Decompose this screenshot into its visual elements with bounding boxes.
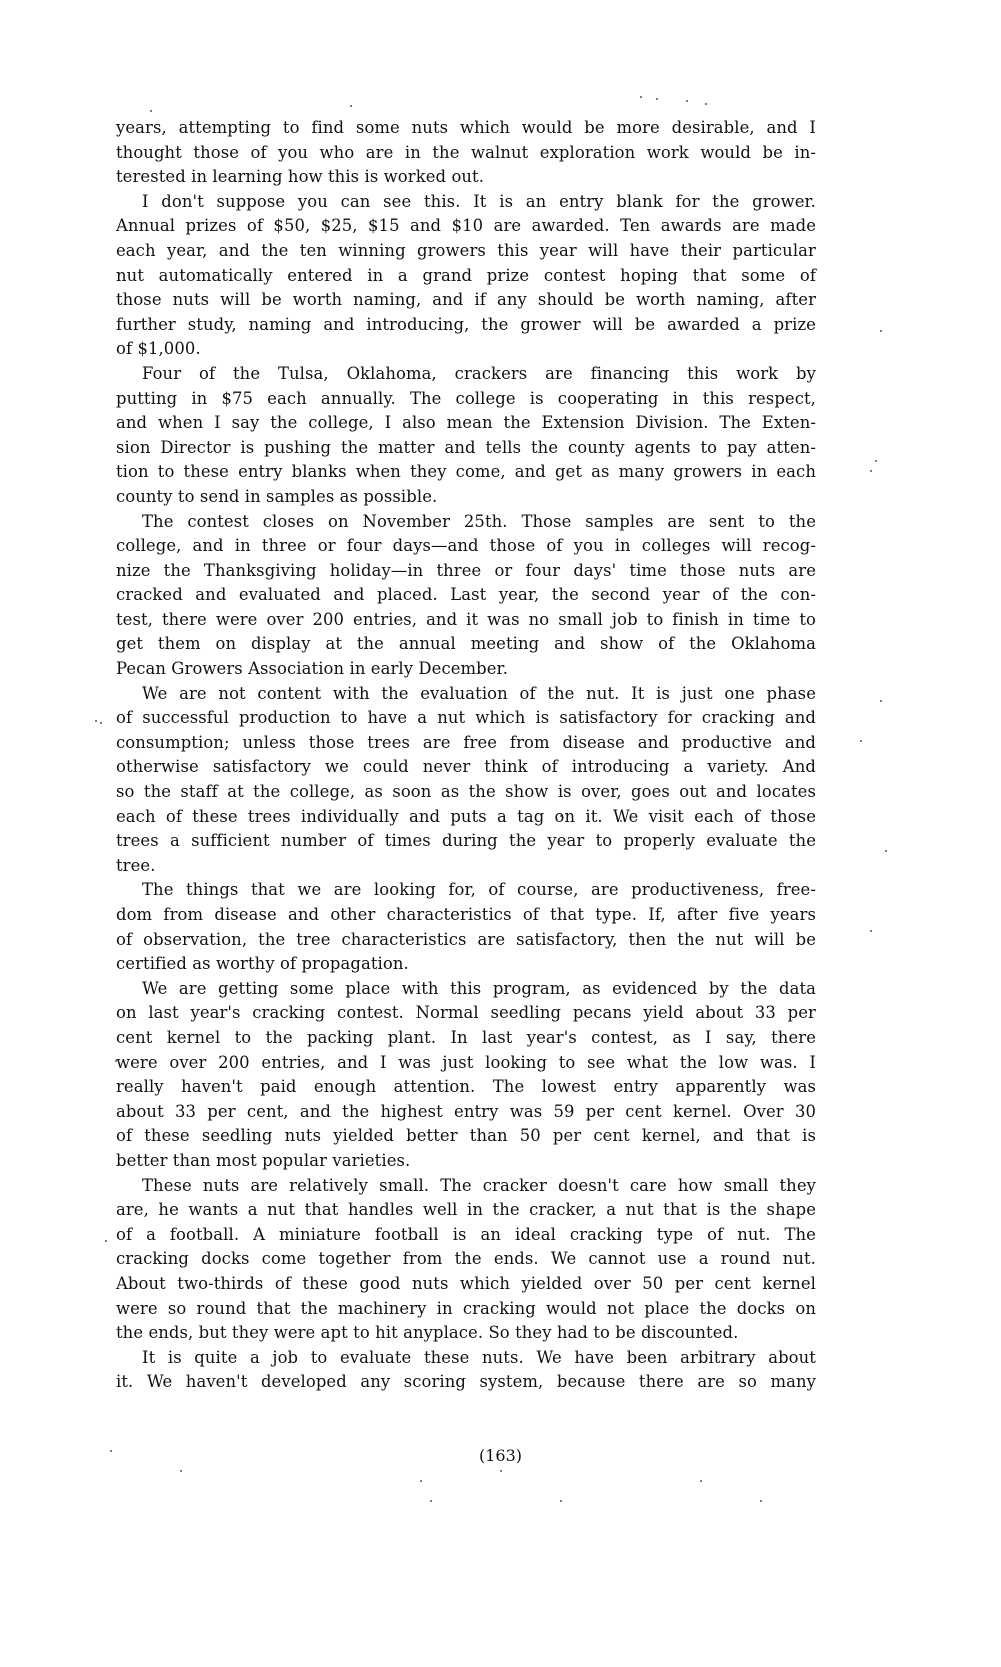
- text-line: trees a sufficient number of times durin…: [116, 829, 816, 854]
- text-line: Four of the Tulsa, Oklahoma, crackers ar…: [116, 362, 816, 387]
- scan-speck: [870, 470, 872, 472]
- text-line: county to send in samples as possible.: [116, 485, 816, 510]
- text-line: and when I say the college, I also mean …: [116, 411, 816, 436]
- text-line: about 33 per cent, and the highest entry…: [116, 1100, 816, 1125]
- text-line: on last year's cracking contest. Normal …: [116, 1001, 816, 1026]
- paragraph: Four of the Tulsa, Oklahoma, crackers ar…: [116, 362, 816, 510]
- text-line: really haven't paid enough attention. Th…: [116, 1075, 816, 1100]
- text-line: consumption; unless those trees are free…: [116, 731, 816, 756]
- paragraph: We are getting some place with this prog…: [116, 977, 816, 1174]
- text-line: dom from disease and other characteristi…: [116, 903, 816, 928]
- text-line: college, and in three or four days—and t…: [116, 534, 816, 559]
- text-line: of $1,000.: [116, 337, 816, 362]
- text-line: cent kernel to the packing plant. In las…: [116, 1026, 816, 1051]
- text-line: the ends, but they were apt to hit anypl…: [116, 1321, 816, 1346]
- text-line: tree.: [116, 854, 816, 879]
- text-line: otherwise satisfactory we could never th…: [116, 755, 816, 780]
- text-line: About two-thirds of these good nuts whic…: [116, 1272, 816, 1297]
- text-line: The things that we are looking for, of c…: [116, 878, 816, 903]
- text-line: It is quite a job to evaluate these nuts…: [116, 1346, 816, 1371]
- text-line: cracking docks come together from the en…: [116, 1247, 816, 1272]
- scan-speck: [705, 103, 707, 105]
- text-line: sion Director is pushing the matter and …: [116, 436, 816, 461]
- text-line: of these seedling nuts yielded better th…: [116, 1124, 816, 1149]
- text-line: Pecan Growers Association in early Decem…: [116, 657, 816, 682]
- text-line: those nuts will be worth naming, and if …: [116, 288, 816, 313]
- text-line: We are getting some place with this prog…: [116, 977, 816, 1002]
- text-line: The contest closes on November 25th. Tho…: [116, 510, 816, 535]
- text-line: were over 200 entries, and I was just lo…: [116, 1051, 816, 1076]
- paragraph: These nuts are relatively small. The cra…: [116, 1174, 816, 1346]
- paragraph: It is quite a job to evaluate these nuts…: [116, 1346, 816, 1395]
- text-line: tion to these entry blanks when they com…: [116, 460, 816, 485]
- scan-speck: [110, 1450, 112, 1452]
- text-line: years, attempting to find some nuts whic…: [116, 116, 816, 141]
- body-text: years, attempting to find some nuts whic…: [116, 116, 816, 1395]
- scan-speck: [180, 1470, 182, 1472]
- scan-speck: [100, 722, 102, 724]
- paragraph: The things that we are looking for, of c…: [116, 878, 816, 976]
- scan-speck: [860, 740, 862, 742]
- scan-speck: [500, 1470, 502, 1472]
- document-page: years, attempting to find some nuts whic…: [0, 0, 1001, 1667]
- text-line: nut automatically entered in a grand pri…: [116, 264, 816, 289]
- scan-speck: [430, 1500, 432, 1502]
- scan-speck: [880, 700, 882, 702]
- text-line: of observation, the tree characteristics…: [116, 928, 816, 953]
- text-line: each of these trees individually and put…: [116, 805, 816, 830]
- scan-speck: [885, 850, 887, 852]
- text-line: of a football. A miniature football is a…: [116, 1223, 816, 1248]
- text-line: are, he wants a nut that handles well in…: [116, 1198, 816, 1223]
- scan-speck: [420, 1480, 422, 1482]
- scan-speck: [656, 98, 658, 100]
- scan-speck: [875, 460, 877, 462]
- scan-speck: [115, 1060, 117, 1062]
- text-line: terested in learning how this is worked …: [116, 165, 816, 190]
- scan-speck: [120, 640, 122, 642]
- paragraph: years, attempting to find some nuts whic…: [116, 116, 816, 190]
- scan-speck: [95, 720, 97, 722]
- scan-speck: [560, 815, 562, 817]
- text-line: were so round that the machinery in crac…: [116, 1297, 816, 1322]
- scan-speck: [686, 100, 688, 102]
- text-line: test, there were over 200 entries, and i…: [116, 608, 816, 633]
- scan-speck: [560, 1500, 562, 1502]
- text-line: so the staff at the college, as soon as …: [116, 780, 816, 805]
- text-line: I don't suppose you can see this. It is …: [116, 190, 816, 215]
- scan-speck: [870, 930, 872, 932]
- scan-speck: [350, 105, 352, 107]
- text-line: These nuts are relatively small. The cra…: [116, 1174, 816, 1199]
- text-line: certified as worthy of propagation.: [116, 952, 816, 977]
- paragraph: I don't suppose you can see this. It is …: [116, 190, 816, 362]
- scan-speck: [880, 330, 882, 332]
- scan-speck: [640, 96, 642, 98]
- text-line: further study, naming and introducing, t…: [116, 313, 816, 338]
- scan-speck: [700, 1480, 702, 1482]
- paragraph: We are not content with the evaluation o…: [116, 682, 816, 879]
- scan-speck: [105, 1240, 107, 1242]
- text-line: get them on display at the annual meetin…: [116, 632, 816, 657]
- scan-speck: [760, 1500, 762, 1502]
- text-line: of successful production to have a nut w…: [116, 706, 816, 731]
- text-line: We are not content with the evaluation o…: [116, 682, 816, 707]
- text-line: cracked and evaluated and placed. Last y…: [116, 583, 816, 608]
- text-line: better than most popular varieties.: [116, 1149, 816, 1174]
- text-line: nize the Thanksgiving holiday—in three o…: [116, 559, 816, 584]
- page-number: (163): [0, 1446, 1001, 1465]
- scan-speck: [620, 820, 622, 822]
- paragraph: The contest closes on November 25th. Tho…: [116, 510, 816, 682]
- text-line: Annual prizes of $50, $25, $15 and $10 a…: [116, 214, 816, 239]
- text-line: each year, and the ten winning growers t…: [116, 239, 816, 264]
- text-line: thought those of you who are in the waln…: [116, 141, 816, 166]
- text-line: putting in $75 each annually. The colleg…: [116, 387, 816, 412]
- text-line: it. We haven't developed any scoring sys…: [116, 1370, 816, 1395]
- scan-speck: [150, 110, 152, 112]
